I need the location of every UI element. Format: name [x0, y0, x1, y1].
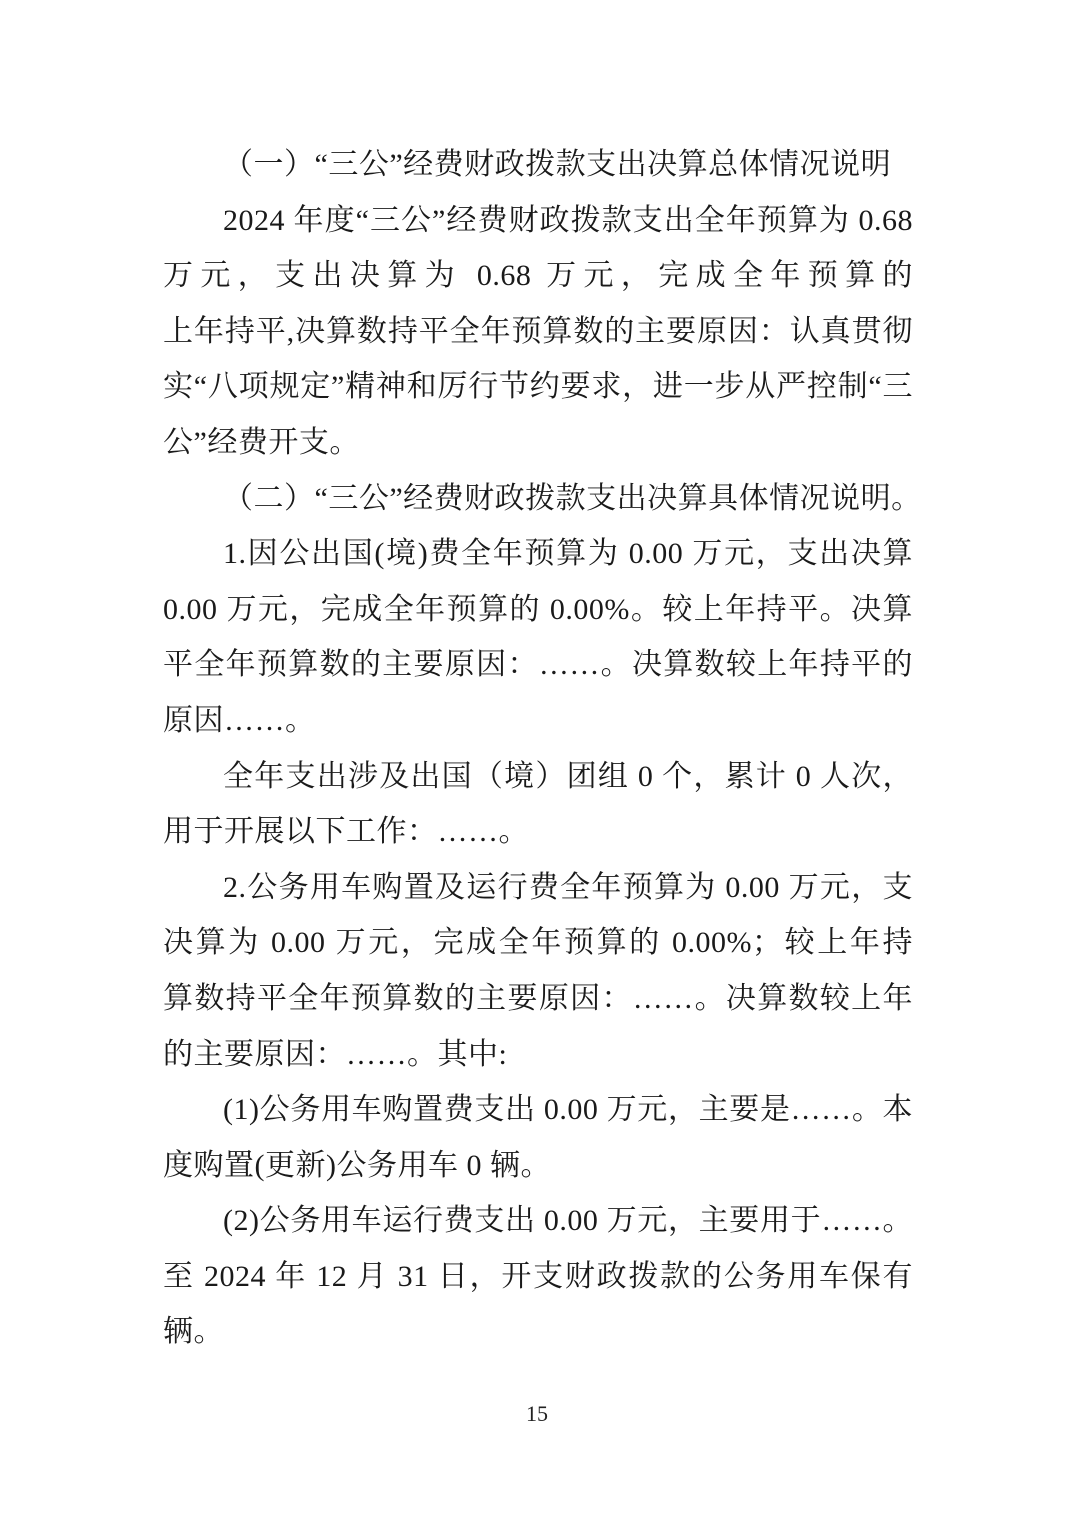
paragraph-item-2-vehicle-expense: 2.公务用车购置及运行费全年预算为 0.00 万元，支出 决算为 0.00 万元… [163, 860, 913, 1082]
text-line: 至 2024 年 12 月 31 日，开支财政拨款的公务用车保有量为 0 [163, 1249, 913, 1305]
text-line: （一）“三公”经费财政拨款支出决算总体情况说明 [163, 137, 913, 193]
text-line: 决算为 0.00 万元，完成全年预算的 0.00%；较上年持平。决 [163, 915, 913, 971]
document-page: （一）“三公”经费财政拨款支出决算总体情况说明 2024 年度“三公”经费财政拨… [0, 0, 1074, 1520]
text-line: （二）“三公”经费财政拨款支出决算具体情况说明。 [163, 471, 913, 527]
page-number: 15 [0, 1400, 1074, 1428]
paragraph-vehicle-purchase: (1)公务用车购置费支出 0.00 万元，主要是……。本年 度购置(更新)公务用… [163, 1082, 913, 1193]
text-line: (2)公务用车运行费支出 0.00 万元，主要用于……。截 [163, 1193, 913, 1249]
paragraph-section-1-overview: 2024 年度“三公”经费财政拨款支出全年预算为 0.68 万元，支出决算为 0… [163, 193, 913, 471]
text-line: 算数持平全年预算数的主要原因：……。决算数较上年持平 [163, 971, 913, 1027]
text-line: (1)公务用车购置费支出 0.00 万元，主要是……。本年 [163, 1082, 913, 1138]
text-line: 万元，支出决算为 0.68 万元，完成全年预算的 100.0%。较 [163, 248, 913, 304]
text-line: 平全年预算数的主要原因：……。决算数较上年持平的主要 [163, 637, 913, 693]
paragraph-item-1-abroad-expense: 1.因公出国(境)费全年预算为 0.00 万元，支出决算为 0.00 万元，完成… [163, 526, 913, 748]
text-line: 度购置(更新)公务用车 0 辆。 [163, 1138, 913, 1194]
text-line: 2024 年度“三公”经费财政拨款支出全年预算为 0.68 [163, 193, 913, 249]
text-line: 原因……。 [163, 693, 913, 749]
text-line: 上年持平,决算数持平全年预算数的主要原因：认真贯彻落 [163, 304, 913, 360]
text-line: 全年支出涉及出国（境）团组 0 个，累计 0 人次，主要 [163, 749, 913, 805]
text-line: 公”经费开支。 [163, 415, 913, 471]
paragraph-section-1-heading: （一）“三公”经费财政拨款支出决算总体情况说明 [163, 137, 913, 193]
document-body: （一）“三公”经费财政拨款支出决算总体情况说明 2024 年度“三公”经费财政拨… [163, 137, 913, 1360]
text-line: 0.00 万元，完成全年预算的 0.00%。较上年持平。决算数持 [163, 582, 913, 638]
paragraph-vehicle-operation: (2)公务用车运行费支出 0.00 万元，主要用于……。截 至 2024 年 1… [163, 1193, 913, 1360]
paragraph-abroad-groups: 全年支出涉及出国（境）团组 0 个，累计 0 人次，主要 用于开展以下工作：……… [163, 749, 913, 860]
text-line: 的主要原因：……。其中: [163, 1027, 913, 1083]
text-line: 辆。 [163, 1304, 913, 1360]
paragraph-section-2-heading: （二）“三公”经费财政拨款支出决算具体情况说明。 [163, 471, 913, 527]
text-line: 1.因公出国(境)费全年预算为 0.00 万元，支出决算为 [163, 526, 913, 582]
text-line: 用于开展以下工作：……。 [163, 804, 913, 860]
text-line: 实“八项规定”精神和厉行节约要求，进一步从严控制“三 [163, 359, 913, 415]
text-line: 2.公务用车购置及运行费全年预算为 0.00 万元，支出 [163, 860, 913, 916]
